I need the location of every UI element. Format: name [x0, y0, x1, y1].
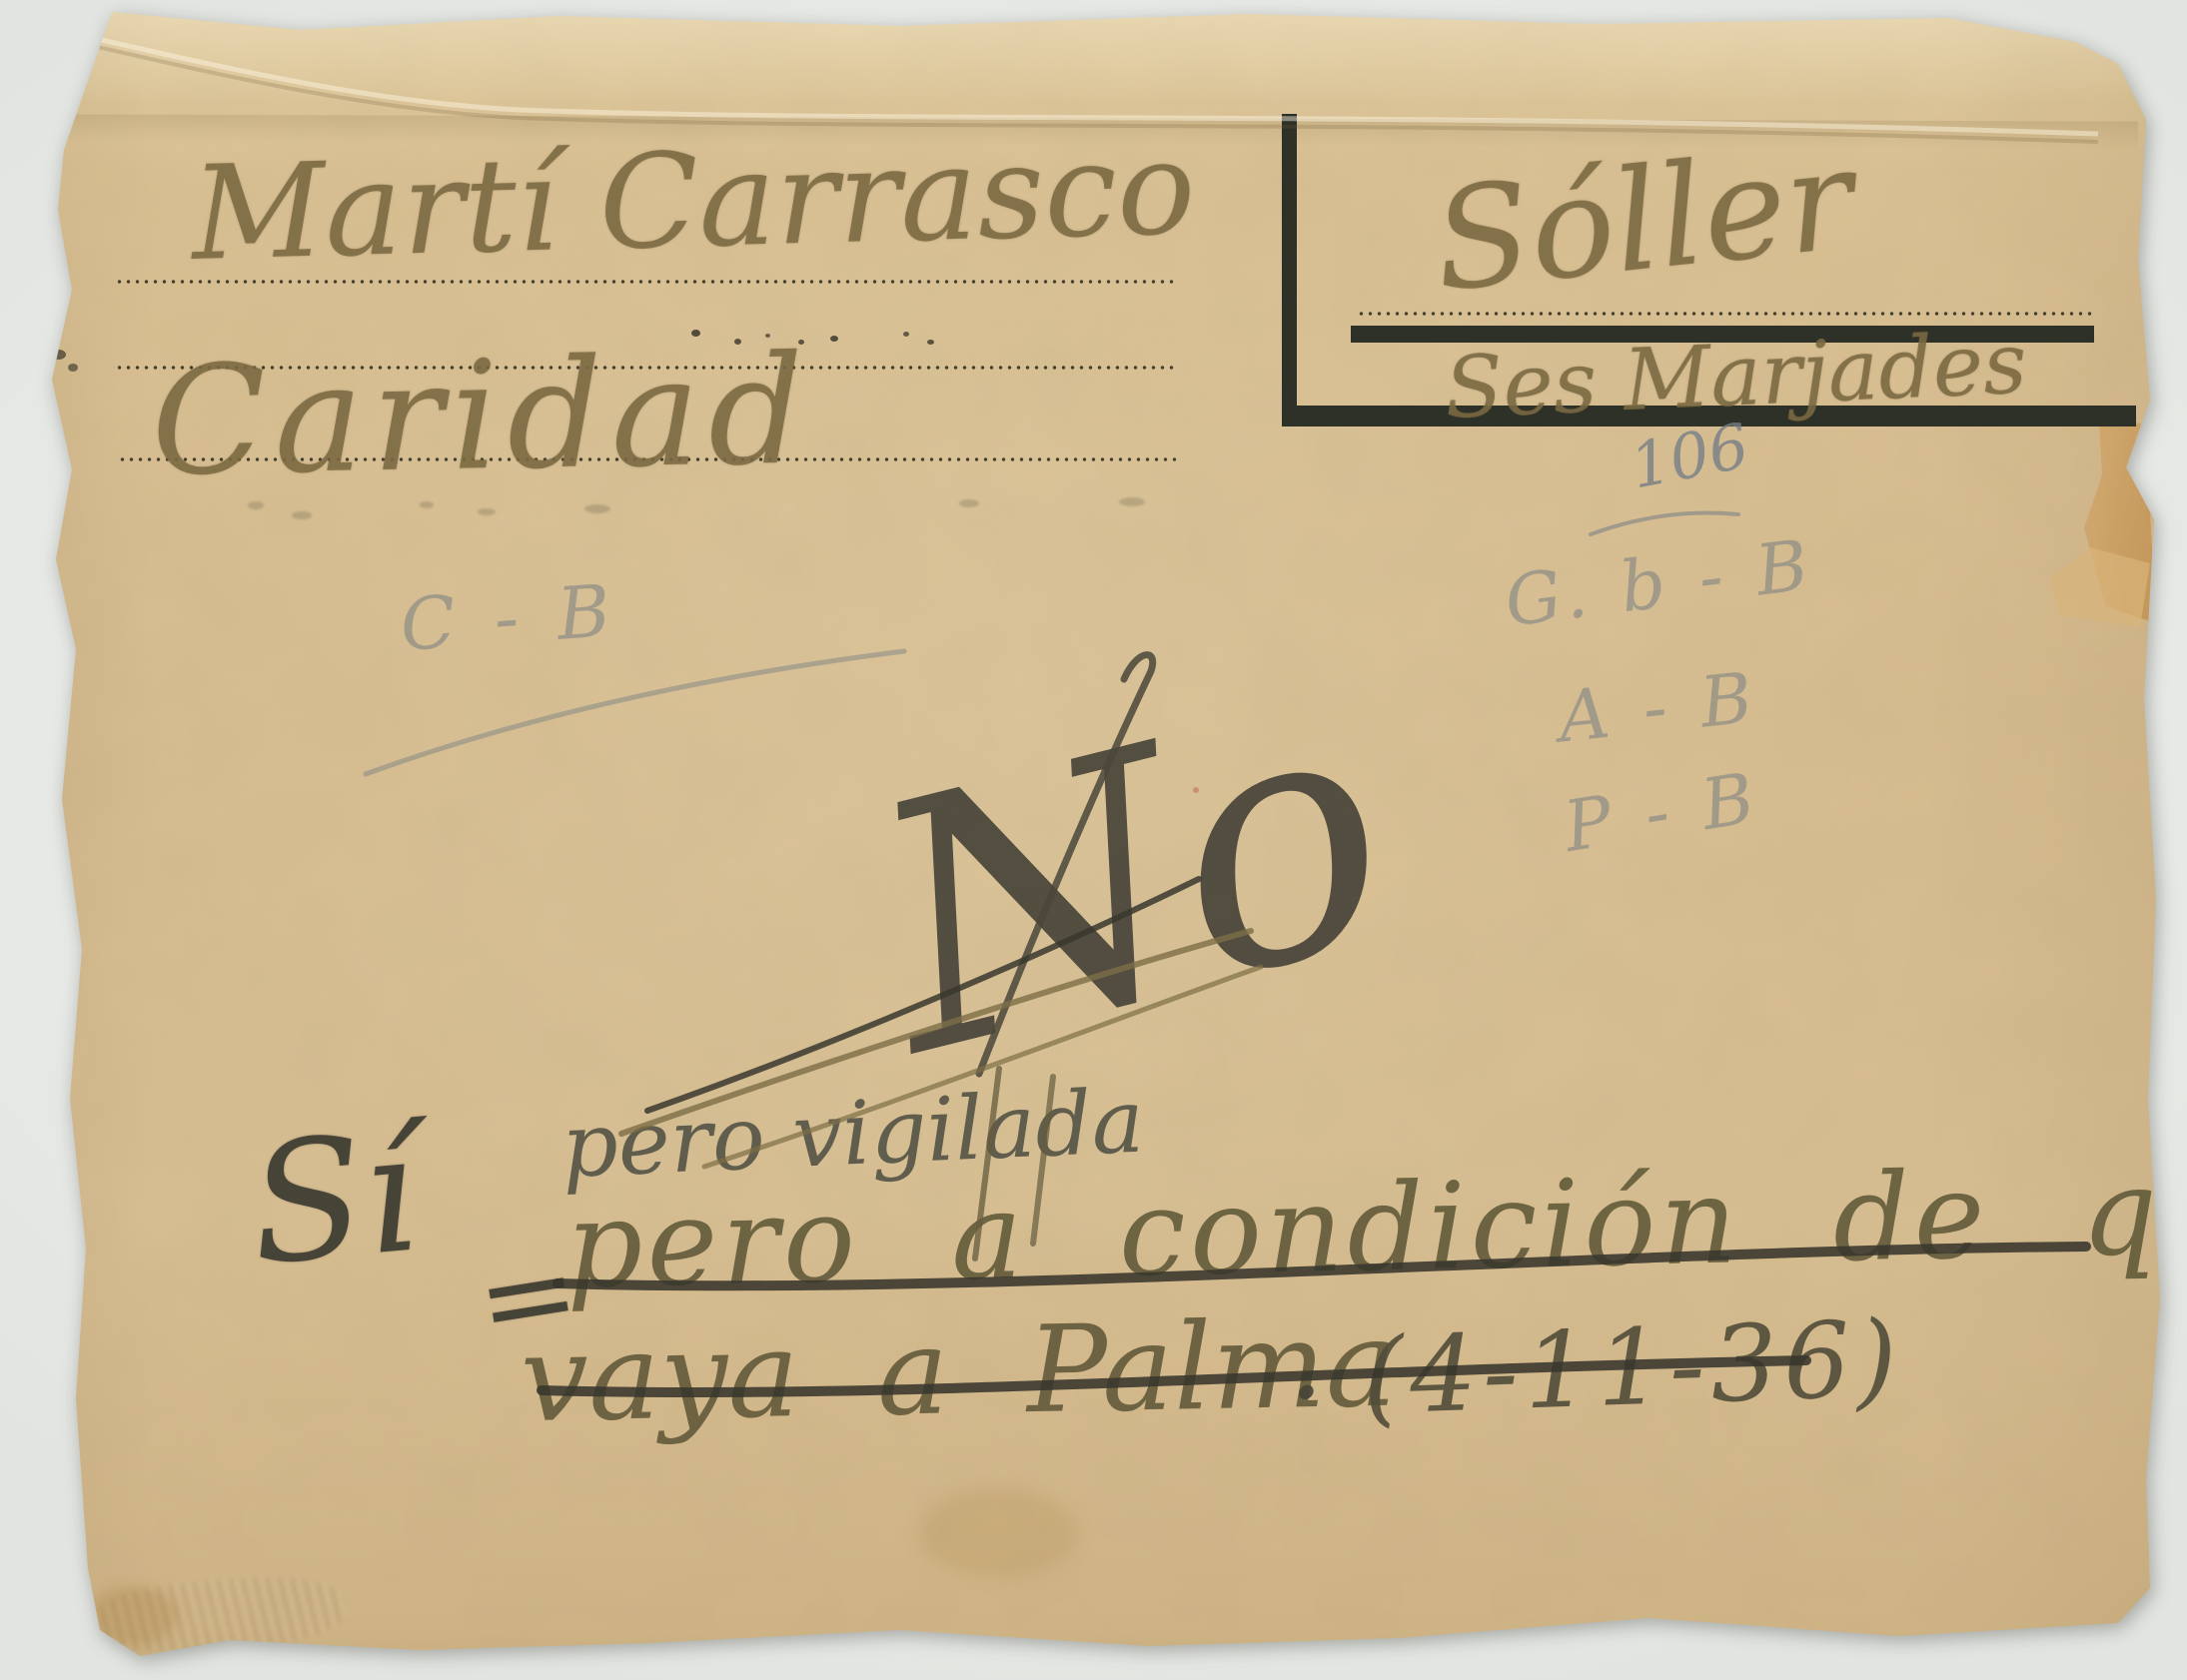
- bottom-left-scuff: [94, 1571, 348, 1658]
- ink-speck: [903, 332, 909, 337]
- ink-speck-left-edge: [68, 364, 78, 372]
- scanned-document-scene: Martí Carrasco Caridad Sóller Ses Marjad…: [0, 0, 2187, 1680]
- pencil-swoosh-stroke: [366, 651, 904, 774]
- graphite-smudge: [584, 504, 610, 513]
- ink-speck: [830, 336, 838, 342]
- paper-shadow-wrap: Martí Carrasco Caridad Sóller Ses Marjad…: [0, 0, 2187, 1680]
- top-edge-highlight: [40, 8, 2138, 103]
- right-edge-tear-patch-small: [2050, 547, 2150, 627]
- name-field-handwriting: Martí Carrasco: [190, 112, 1197, 290]
- stain-bottom-center: [919, 1488, 1079, 1578]
- pencil-code-right-1: G. b - B: [1501, 523, 1818, 642]
- ink-speck: [927, 340, 934, 345]
- graphite-smudge: [478, 508, 496, 515]
- second-field-handwriting: Caridad: [150, 324, 813, 509]
- paper-card: Martí Carrasco Caridad Sóller Ses Marjad…: [0, 0, 2187, 1680]
- folio-underline-stroke: [1591, 513, 1738, 534]
- struck-line-2-handwriting: vaya a Palma: [520, 1295, 1398, 1449]
- graphite-smudge: [1119, 497, 1145, 506]
- pencil-code-right-2: A - B: [1555, 656, 1762, 758]
- pencil-code-right-3: P - B: [1559, 756, 1765, 868]
- graphite-smudge: [959, 499, 979, 507]
- crossed-out-no-handwriting: No: [841, 626, 1424, 1132]
- separator-mark-handwriting: ·: [1289, 1328, 1324, 1456]
- pencil-code-left: C - B: [398, 568, 620, 667]
- affirmation-si-handwriting: Sí: [243, 1097, 425, 1302]
- ink-speck-left-edge: [38, 416, 46, 422]
- place-field-handwriting: Sóller: [1427, 118, 1860, 324]
- date-note-handwriting: (4-11-36): [1361, 1297, 1905, 1438]
- graphite-smudge: [292, 511, 312, 519]
- corner-frame-vertical-bar: [1282, 114, 1297, 426]
- ink-speck-left-edge: [52, 350, 66, 360]
